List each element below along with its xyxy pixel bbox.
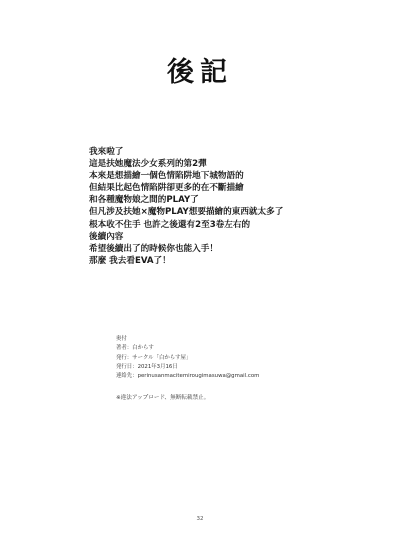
- colophon-contact: 連絡先：perinusanmacitemirougimasuwa@gmail.c…: [116, 372, 336, 381]
- document-page: 後記 我來啦了 這是扶她魔法少女系列的第2彈 本來是想描繪一個色情陷阱地下城物語…: [0, 0, 400, 556]
- copyright-notice: ※違法アップロード、無断転載禁止。: [116, 394, 209, 403]
- afterword-line: 希望後續出了的時候你也能入手！: [89, 243, 349, 255]
- afterword-text: 我來啦了 這是扶她魔法少女系列的第2彈 本來是想描繪一個色情陷阱地下城物語的 但…: [89, 146, 349, 267]
- afterword-line: 但凡涉及扶她×魔物PLAY想要描繪的東西就太多了: [89, 206, 349, 218]
- colophon-heading: 奥付: [116, 335, 336, 344]
- colophon-author: 著者：白からす: [116, 344, 336, 353]
- page-title: 後記: [0, 58, 400, 88]
- afterword-line: 根本收不住手 也許之後還有2至3卷左右的: [89, 219, 349, 231]
- afterword-line: 這是扶她魔法少女系列的第2彈: [89, 158, 349, 170]
- page-number: 32: [0, 516, 400, 522]
- afterword-line: 本來是想描繪一個色情陷阱地下城物語的: [89, 170, 349, 182]
- colophon: 奥付 著者：白からす 発行：サークル「白からす屋」 発行日：2021年3月16日…: [116, 335, 336, 381]
- colophon-publisher: 発行：サークル「白からす屋」: [116, 354, 336, 363]
- afterword-line: 但結果比起色情陷阱卻更多的在不斷描繪: [89, 182, 349, 194]
- afterword-line: 那麼 我去看EVA了！: [89, 255, 349, 267]
- afterword-line: 後續內容: [89, 231, 349, 243]
- colophon-date: 発行日：2021年3月16日: [116, 363, 336, 372]
- afterword-line: 我來啦了: [89, 146, 349, 158]
- afterword-line: 和各種魔物娘之間的PLAY了: [89, 194, 349, 206]
